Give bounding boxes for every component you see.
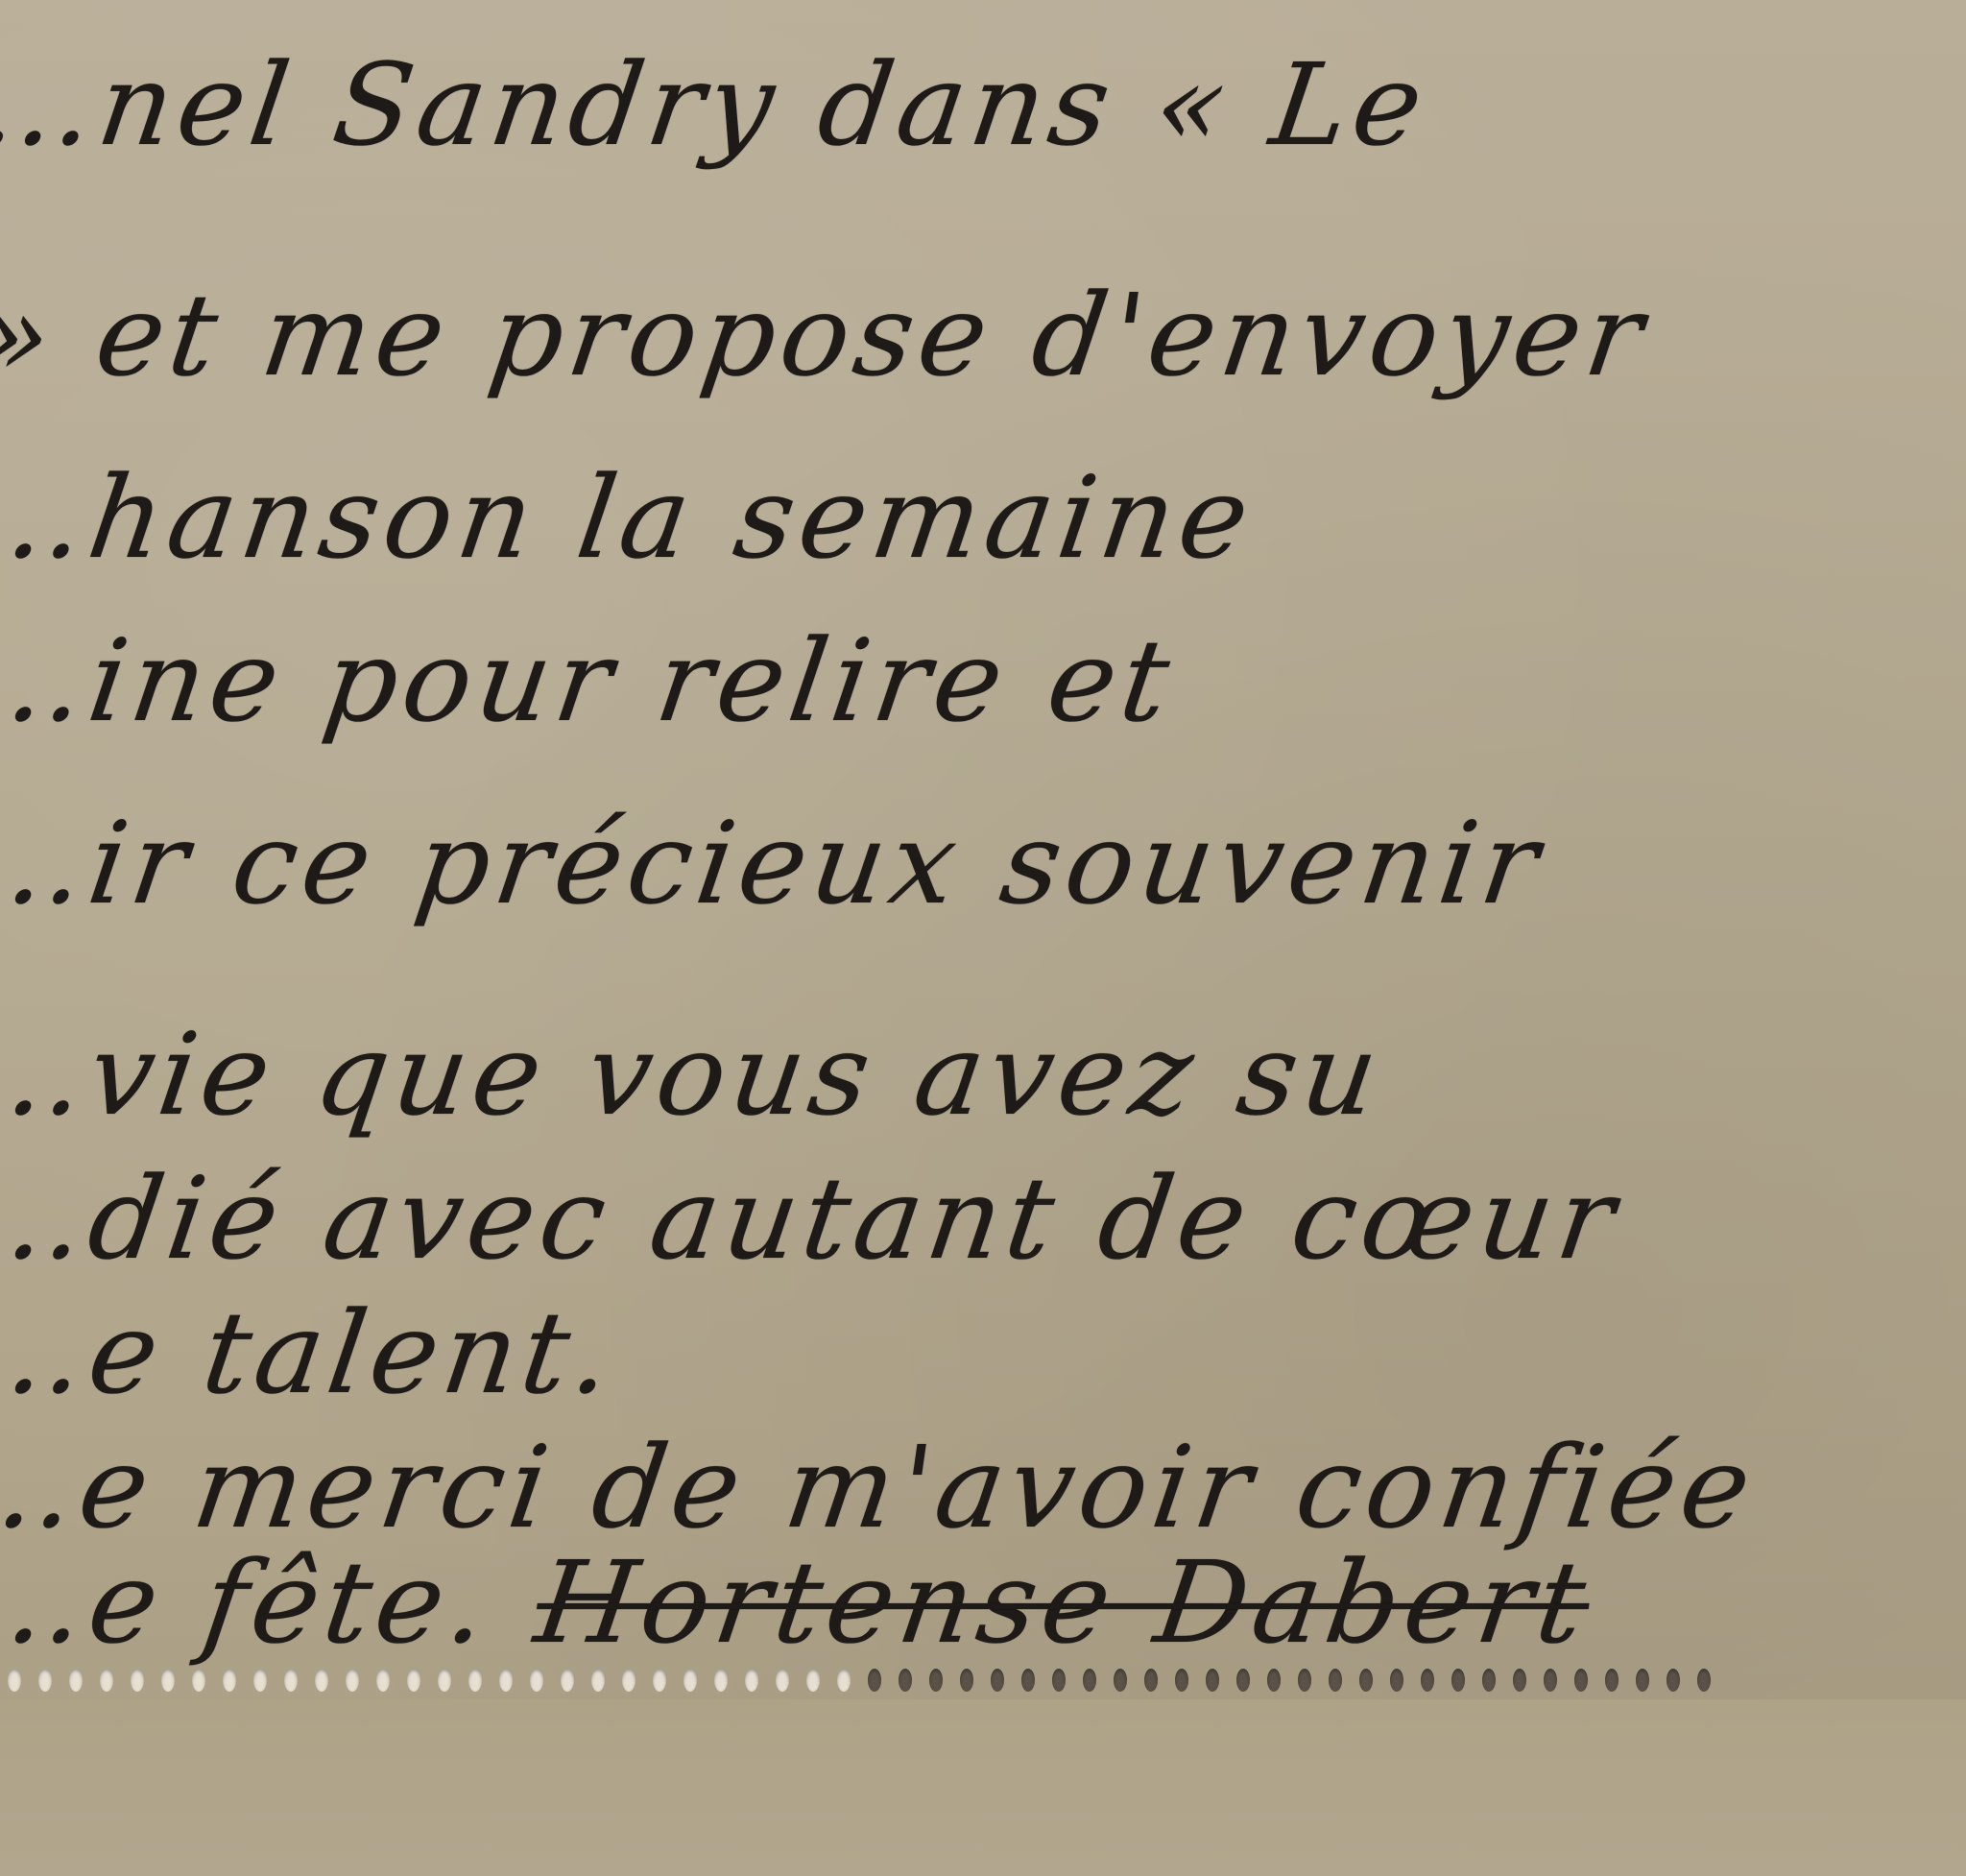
perforation-hole — [1052, 1669, 1066, 1692]
perforation-hole — [1267, 1669, 1281, 1692]
text-line-2: » et me propose d'envoyer — [0, 269, 1656, 401]
text-line-5: …ir ce précieux souvenir — [0, 797, 1552, 929]
perforation-hole — [438, 1669, 451, 1692]
perforation-hole — [407, 1669, 420, 1692]
perforation-hole — [1544, 1669, 1557, 1692]
perforation-hole — [960, 1669, 973, 1692]
perforation-hole — [561, 1669, 574, 1692]
perforation-hole — [38, 1669, 52, 1692]
perforation-hole — [683, 1669, 697, 1692]
perforation-hole — [837, 1669, 851, 1692]
signature: Hortense Dabert — [528, 1536, 1598, 1669]
perforation-hole — [192, 1669, 205, 1692]
perforation-hole — [1513, 1669, 1526, 1692]
perforation-hole — [100, 1669, 113, 1692]
perforation-hole — [653, 1669, 666, 1692]
text-line-7: …dié avec autant de cœur — [0, 1152, 1628, 1285]
letter-paper: …nel Sandry dans « Le » et me propose d'… — [0, 0, 1966, 1876]
perforation-hole — [591, 1669, 605, 1692]
text-line-10: …e fête. — [0, 1536, 500, 1669]
perforation-hole — [868, 1669, 881, 1692]
perforation-hole — [284, 1669, 298, 1692]
perforation-hole — [1574, 1669, 1588, 1692]
perforation-hole — [376, 1669, 390, 1692]
lower-flap — [0, 1699, 1966, 1876]
perforation-hole — [745, 1669, 758, 1692]
text-line-9: …e merci de m'avoir confiée — [0, 1421, 1764, 1553]
perforation-hole — [714, 1669, 728, 1692]
perforation-hole — [1390, 1669, 1403, 1692]
text-line-1: …nel Sandry dans « Le — [0, 38, 1436, 171]
perforation-hole — [253, 1669, 267, 1692]
perforation-hole — [131, 1669, 144, 1692]
perforation-hole — [991, 1669, 1004, 1692]
text-line-3: …hanson la semaine — [0, 451, 1262, 584]
perforation-hole — [530, 1669, 543, 1692]
perforation-hole — [8, 1669, 21, 1692]
text-line-6: …vie que vous avez su — [0, 1008, 1391, 1141]
perforation-hole — [806, 1669, 820, 1692]
perforation-hole — [1083, 1669, 1096, 1692]
perforation-hole — [899, 1669, 912, 1692]
perforation-hole — [1359, 1669, 1373, 1692]
perforation-hole — [1666, 1669, 1680, 1692]
perforation-hole — [776, 1669, 789, 1692]
perforation-hole — [1482, 1669, 1496, 1692]
perforation-hole — [1021, 1669, 1035, 1692]
perforation-hole — [1421, 1669, 1434, 1692]
perforation-hole — [1236, 1669, 1250, 1692]
perforation-hole — [929, 1669, 943, 1692]
perforation-hole — [1636, 1669, 1649, 1692]
perforation-hole — [1114, 1669, 1127, 1692]
perforation-hole — [1206, 1669, 1219, 1692]
perforation-hole — [1329, 1669, 1342, 1692]
perforation-hole — [223, 1669, 236, 1692]
perforation-hole — [1144, 1669, 1158, 1692]
perforation-hole — [1175, 1669, 1188, 1692]
text-line-8: …e talent. — [0, 1287, 625, 1419]
perforation-hole — [1697, 1669, 1711, 1692]
perforation-hole — [346, 1669, 359, 1692]
perforation-hole — [1605, 1669, 1618, 1692]
perforation-hole — [468, 1669, 482, 1692]
perforation-hole — [69, 1669, 83, 1692]
perforated-edge — [0, 1661, 1966, 1699]
perforation-hole — [1451, 1669, 1465, 1692]
perforation-hole — [161, 1669, 175, 1692]
text-line-4: …ine pour relire et — [0, 614, 1183, 747]
perforation-hole — [315, 1669, 328, 1692]
perforation-hole — [499, 1669, 513, 1692]
perforation-hole — [1298, 1669, 1311, 1692]
perforation-hole — [622, 1669, 635, 1692]
